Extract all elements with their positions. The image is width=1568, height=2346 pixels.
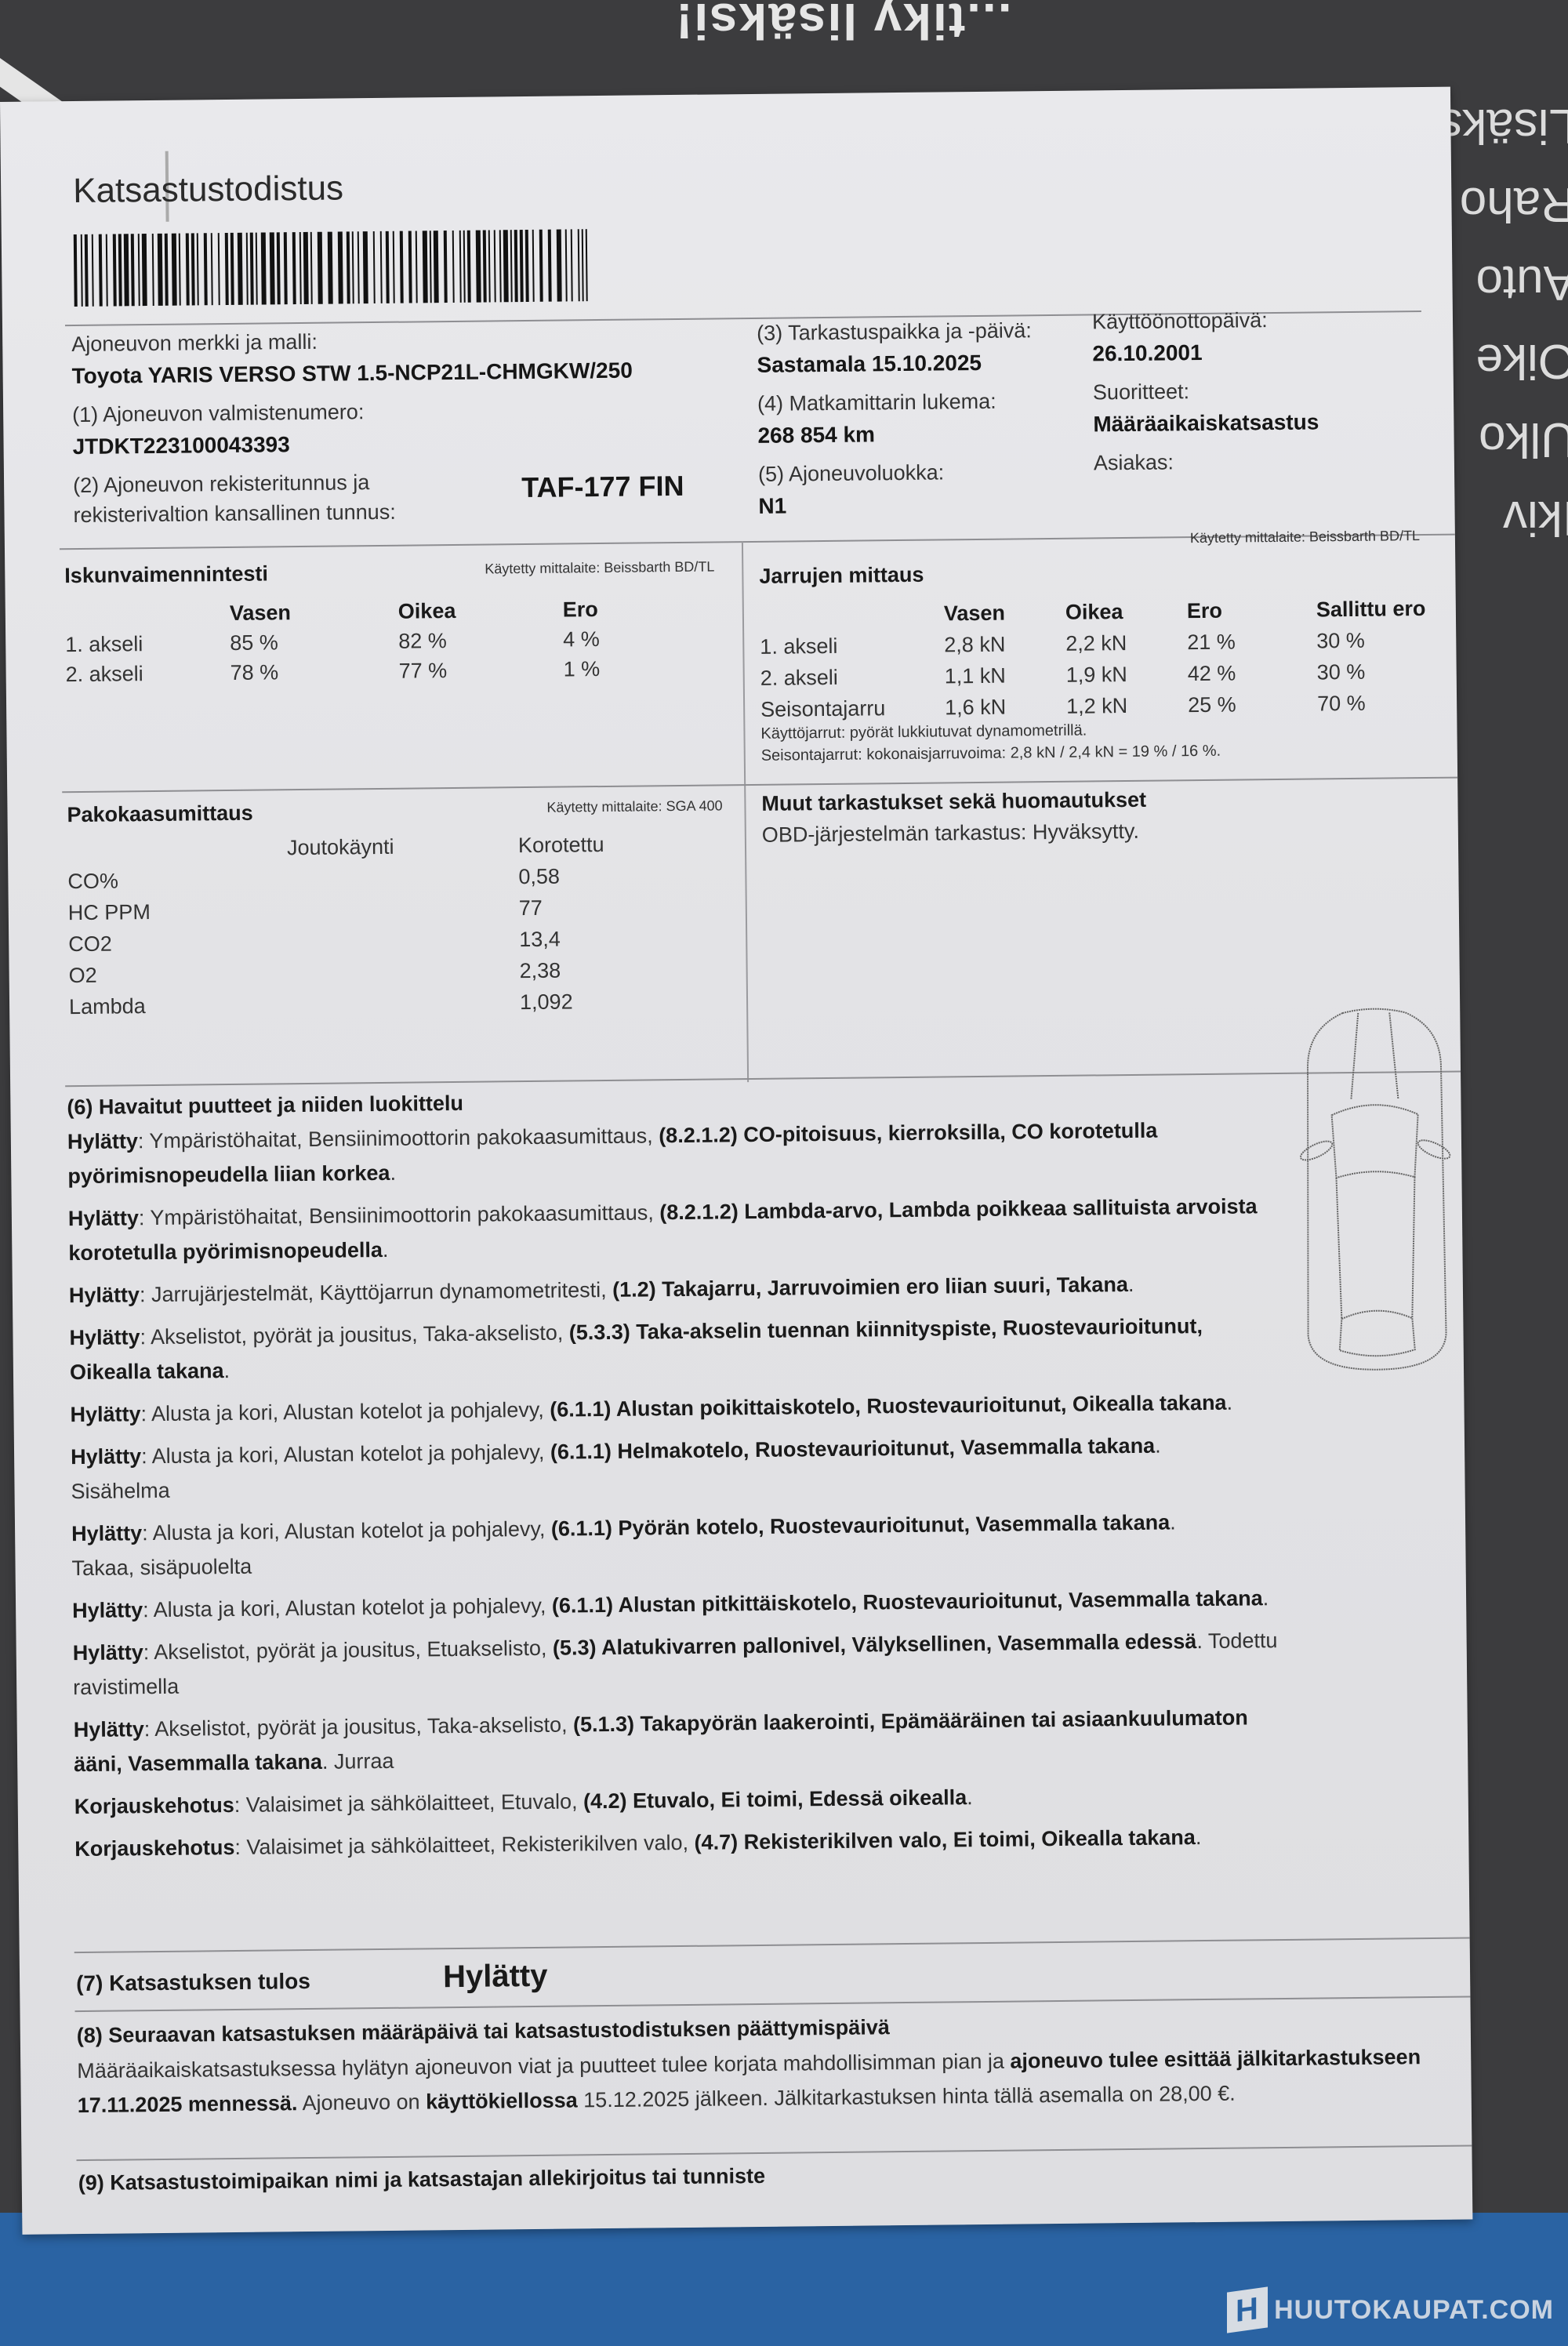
- background-word: Auto: [1443, 243, 1568, 321]
- defect-description: (6.1.1) Helmakotelo, Ruostevaurioitunut,…: [550, 1434, 1156, 1464]
- defect-item: Hylätty: Alusta ja kori, Alustan kotelot…: [71, 1504, 1279, 1585]
- table-cell: 30 %: [1316, 629, 1365, 654]
- barcode-bar: [578, 229, 580, 301]
- barcode-bar: [586, 229, 588, 301]
- next-inspection-text: Määräaikaiskatsastuksessa hylätyn ajoneu…: [77, 2039, 1489, 2123]
- defect-item: Hylätty: Ympäristöhaitat, Bensiinimootto…: [68, 1189, 1276, 1270]
- first-use-label: Käyttöönottopäivä:: [1092, 308, 1268, 334]
- defect-description: (6.1.1) Alustan poikittaiskotelo, Ruoste…: [550, 1391, 1226, 1422]
- barcode: [74, 228, 662, 307]
- table-cell: 77: [519, 896, 543, 921]
- barcode-bar: [499, 230, 502, 302]
- barcode-bar: [131, 234, 135, 306]
- place-date-value: Sastamala 15.10.2025: [757, 350, 982, 378]
- barcode-bar: [459, 231, 462, 303]
- defect-classification: Hylätty: [70, 1402, 140, 1426]
- table-cell: Seisontajarru: [760, 696, 885, 722]
- barcode-bar: [142, 234, 147, 306]
- brake-test-table: [0, 87, 1450, 102]
- barcode-bar: [197, 233, 199, 305]
- barcode-bar: [373, 231, 376, 303]
- defect-category: : Valaisimet ja sähkölaitteet, Rekisteri…: [234, 1831, 695, 1859]
- vin-label: (1) Ajoneuvon valmistenumero:: [72, 400, 364, 427]
- make-model-value: Toyota YARIS VERSO STW 1.5-NCP21L-CHMGKW…: [72, 358, 633, 389]
- column-divider: [742, 541, 749, 1082]
- barcode-bar: [303, 232, 309, 304]
- barcode-bar: [152, 234, 154, 306]
- barcode-bar: [246, 233, 249, 305]
- defect-note: Takaa, sisäpuolelta: [71, 1538, 1279, 1585]
- barcode-bar: [165, 234, 169, 306]
- barcode-bar: [138, 234, 140, 306]
- barcode-bar: [393, 231, 395, 303]
- barcode-bar: [503, 230, 509, 302]
- barcode-bar: [328, 232, 333, 304]
- divider: [74, 1996, 1470, 2012]
- table-header: Vasen: [230, 601, 291, 626]
- table-cell: 1 %: [563, 657, 600, 681]
- defect-category: : Alusta ja kori, Alustan kotelot ja poh…: [142, 1517, 551, 1545]
- exhaust-test-title: Pakokaasumittaus: [67, 801, 252, 827]
- barcode-bar: [270, 232, 275, 304]
- barcode-bar: [400, 231, 404, 303]
- barcode-bar: [238, 233, 243, 305]
- defect-classification: Hylätty: [74, 1717, 144, 1741]
- barcode-bar: [525, 230, 529, 302]
- background-word: Raho: [1443, 165, 1568, 243]
- next-inspection-title: (8) Seuraavan katsastuksen määräpäivä ta…: [77, 2015, 890, 2048]
- vehicle-class-value: N1: [758, 494, 786, 519]
- divider: [76, 2144, 1472, 2161]
- defect-item: Korjauskehotus: Valaisimet ja sähkölaitt…: [74, 1777, 1282, 1824]
- exhaust-test-device: Käytetty mittalaite: SGA 400: [546, 797, 722, 815]
- table-cell: 1. akseli: [65, 632, 143, 657]
- table-cell: 4 %: [563, 627, 600, 652]
- brake-note-2: Seisontajarrut: kokonaisjarruvoima: 2,8 …: [761, 743, 1221, 765]
- table-header: Oikea: [398, 599, 456, 624]
- defect-classification: Korjauskehotus: [74, 1793, 234, 1818]
- brake-test-title: Jarrujen mittaus: [759, 563, 924, 589]
- defect-classification: Hylätty: [71, 1521, 142, 1545]
- usage-ban: käyttökiellossa: [426, 2088, 578, 2113]
- barcode-bar: [204, 233, 208, 305]
- defect-item: Hylätty: Akselistot, pyörät ja jousitus,…: [69, 1308, 1277, 1389]
- defects-title: (6) Havaitut puutteet ja niiden luokitte…: [67, 1091, 463, 1120]
- barcode-bar: [557, 230, 562, 302]
- barcode-bar: [74, 234, 78, 307]
- defect-description: (1.2) Takajarru, Jarruvoimien ero liian …: [612, 1273, 1128, 1302]
- defect-category: : Alusta ja kori, Alustan kotelot ja poh…: [140, 1398, 550, 1425]
- defect-category: : Valaisimet ja sähkölaitteet, Etuvalo,: [234, 1789, 584, 1817]
- barcode-bar: [261, 232, 267, 304]
- odometer-label: (4) Matkamittarin lukema:: [757, 390, 996, 416]
- table-header: Ero: [1187, 599, 1222, 623]
- place-date-label: (3) Tarkastuspaikka ja -päivä:: [757, 318, 1032, 346]
- defect-item: Hylätty: Alusta ja kori, Alustan kotelot…: [72, 1581, 1279, 1628]
- barcode-bar: [444, 231, 448, 303]
- barcode-bar: [256, 233, 258, 305]
- table-cell: 2. akseli: [65, 662, 143, 687]
- table-cell: 1,1 kN: [945, 664, 1006, 689]
- barcode-bar: [250, 233, 254, 305]
- barcode-bar: [434, 231, 439, 303]
- barcode-bar: [99, 234, 103, 307]
- cube-h-logo-icon: H: [1227, 2286, 1268, 2333]
- table-cell: CO2: [68, 932, 112, 957]
- table-header: Sallittu ero: [1316, 597, 1426, 622]
- table-cell: 1. akseli: [760, 634, 837, 659]
- defect-classification: Hylätty: [71, 1444, 141, 1469]
- table-cell: O2: [69, 964, 97, 988]
- background-word: Ulko: [1443, 400, 1568, 478]
- next-inspection-text-1: Määräaikaiskatsastuksessa hylätyn ajoneu…: [77, 2050, 1010, 2083]
- barcode-bar: [352, 231, 354, 303]
- defect-note: Jurraa: [328, 1749, 394, 1774]
- background-word: Ikiv: [1443, 478, 1568, 557]
- defect-category: : Ympäristöhaitat, Bensiinimoottorin pak…: [139, 1200, 660, 1229]
- defect-classification: Hylätty: [72, 1598, 143, 1622]
- defect-category: : Jarrujärjestelmät, Käyttöjarrun dynamo…: [140, 1278, 612, 1306]
- table-cell: CO%: [67, 869, 118, 894]
- reg-label-2: rekisterivaltion kansallinen tunnus:: [73, 500, 396, 528]
- barcode-bar: [292, 232, 296, 304]
- defect-category: : Ympäristöhaitat, Bensiinimoottorin pak…: [138, 1124, 659, 1153]
- barcode-bar: [539, 230, 543, 302]
- background-word: Oike: [1443, 321, 1568, 400]
- table-cell: 2. akseli: [760, 666, 838, 691]
- defect-category: : Akselistot, pyörät ja jousitus, Etuaks…: [143, 1636, 554, 1664]
- table-cell: 21 %: [1187, 630, 1236, 655]
- brake-test-device: Käytetty mittalaite: Beissbarth BD/TL: [1190, 528, 1420, 547]
- defect-item: Hylätty: Jarrujärjestelmät, Käyttöjarrun…: [69, 1266, 1276, 1313]
- barcode-bar: [430, 231, 432, 303]
- table-cell: 85 %: [230, 630, 278, 655]
- registration-number: TAF-177 FIN: [521, 470, 684, 504]
- exhaust-test-table: [0, 87, 1450, 102]
- barcode-bar: [85, 234, 89, 307]
- barcode-bar: [488, 230, 491, 302]
- barcode-bar: [408, 231, 412, 303]
- barcode-bar: [510, 230, 513, 302]
- defect-category: : Alusta ja kori, Alustan kotelot ja poh…: [143, 1594, 552, 1621]
- table-cell: 13,4: [519, 928, 561, 953]
- barcode-bar: [318, 232, 323, 304]
- barcode-bar: [172, 234, 177, 306]
- brake-note-1: Käyttöjarrut: pyörät lukkiutuvat dynamom…: [760, 722, 1087, 743]
- table-cell: Lambda: [69, 994, 146, 1019]
- watermark-logo: H HUUTOKAUPAT.COM: [1227, 2290, 1554, 2330]
- defect-item: Hylätty: Alusta ja kori, Alustan kotelot…: [71, 1427, 1279, 1509]
- table-cell: HC PPM: [68, 900, 151, 925]
- customer-label: Asiakas:: [1094, 450, 1174, 475]
- barcode-bar: [299, 232, 302, 304]
- performed-value: Määräaikaiskatsastus: [1093, 409, 1319, 437]
- barcode-bar: [179, 234, 181, 306]
- defect-item: Hylätty: Akselistot, pyörät ja jousitus,…: [72, 1623, 1280, 1705]
- barcode-bar: [191, 233, 195, 305]
- defect-description: (4.2) Etuvalo, Ei toimi, Edessä oikealla: [583, 1785, 967, 1813]
- table-cell: 30 %: [1317, 660, 1366, 685]
- barcode-bar: [494, 230, 496, 302]
- table-cell: 1,9 kN: [1066, 663, 1127, 688]
- table-header: Korotettu: [518, 833, 604, 858]
- barcode-bar: [158, 234, 163, 306]
- other-checks-text: OBD-järjestelmän tarkastus: Hyväksytty.: [762, 819, 1139, 848]
- defect-description: (6.1.1) Pyörän kotelo, Ruostevaurioitunu…: [551, 1510, 1171, 1540]
- table-cell: 2,38: [519, 959, 561, 984]
- barcode-bar: [483, 231, 487, 303]
- table-header: Joutokäynti: [287, 835, 394, 860]
- barcode-bar: [416, 231, 418, 303]
- background-side-words: Lisäks Raho Auto Oike Ulko Ikiv: [1443, 86, 1568, 557]
- barcode-bar: [358, 231, 360, 303]
- defect-classification: Korjauskehotus: [74, 1836, 234, 1861]
- signature-title: (9) Katsastustoimipaikan nimi ja katsast…: [78, 2164, 766, 2195]
- defect-classification: Hylätty: [67, 1129, 138, 1153]
- table-cell: 70 %: [1317, 692, 1366, 717]
- barcode-bar: [386, 231, 390, 303]
- barcode-bar: [310, 232, 313, 304]
- table-cell: 82 %: [398, 629, 447, 654]
- vehicle-class-label: (5) Ajoneuvoluokka:: [758, 460, 944, 486]
- barcode-bar: [277, 232, 281, 304]
- barcode-bar: [113, 234, 117, 306]
- table-cell: 77 %: [398, 659, 447, 684]
- barcode-bar: [338, 231, 343, 303]
- barcode-bar: [380, 231, 383, 303]
- barcode-bar: [186, 233, 190, 305]
- defect-classification: Hylätty: [73, 1640, 143, 1665]
- first-use-value: 26.10.2001: [1092, 340, 1202, 366]
- table-header: Ero: [563, 597, 598, 622]
- divider: [74, 1937, 1470, 1953]
- defect-category: : Alusta ja kori, Alustan kotelot ja poh…: [141, 1440, 550, 1468]
- car-topview-diagram-icon: [1295, 1004, 1456, 1375]
- defect-description: (4.7) Rekisterikilven valo, Ei toimi, Oi…: [694, 1825, 1196, 1854]
- watermark-text: HUUTOKAUPAT.COM: [1274, 2295, 1554, 2326]
- barcode-bar: [124, 234, 129, 306]
- shock-test-table: [0, 87, 1450, 102]
- defect-description: (5.3) Alatukivarren pallonivel, Välyksel…: [553, 1629, 1197, 1660]
- divider: [62, 777, 1457, 793]
- defect-classification: Hylätty: [68, 1206, 139, 1230]
- barcode-bar: [225, 233, 229, 305]
- table-cell: 2,2 kN: [1065, 631, 1127, 656]
- barcode-bar: [548, 230, 552, 302]
- defect-note: Sisähelma: [71, 1462, 1278, 1509]
- barcode-bar: [284, 232, 288, 304]
- background-word: Lisäks: [1443, 86, 1568, 165]
- barcode-bar: [582, 229, 584, 301]
- table-cell: 1,092: [520, 990, 573, 1015]
- barcode-bar: [520, 230, 524, 302]
- divider: [65, 1071, 1461, 1088]
- defect-category: : Akselistot, pyörät ja jousitus, Taka-a…: [144, 1712, 574, 1741]
- table-cell: 1,2 kN: [1066, 694, 1127, 719]
- result-label: (7) Katsastuksen tulos: [76, 1969, 310, 1996]
- table-header: Vasen: [944, 601, 1005, 626]
- table-cell: 42 %: [1188, 662, 1236, 687]
- barcode-bar: [118, 234, 122, 306]
- vin-value: JTDKT223100043393: [72, 432, 289, 459]
- barcode-bar: [92, 234, 94, 307]
- table-cell: 2,8 kN: [944, 633, 1005, 658]
- shock-test-title: Iskunvaimennintesti: [64, 561, 268, 588]
- barcode-bar: [363, 231, 368, 303]
- result-value: Hylätty: [443, 1959, 548, 1995]
- defect-classification: Hylätty: [69, 1325, 140, 1349]
- barcode-bar: [476, 231, 481, 303]
- odometer-value: 268 854 km: [757, 422, 875, 448]
- barcode-bar: [218, 233, 220, 305]
- defect-item: Hylätty: Akselistot, pyörät ja jousitus,…: [74, 1700, 1282, 1781]
- reg-label-1: (2) Ajoneuvon rekisteritunnus ja: [73, 470, 370, 498]
- other-checks-title: Muut tarkastukset sekä huomautukset: [761, 788, 1146, 816]
- barcode-bar: [467, 231, 471, 303]
- defect-description: (6.1.1) Alustan pitkittäiskotelo, Ruoste…: [552, 1586, 1263, 1617]
- barcode-bar: [532, 230, 535, 302]
- document-title: Katsastustodistus: [73, 169, 343, 211]
- table-header: Oikea: [1065, 600, 1123, 625]
- table-cell: 25 %: [1188, 693, 1236, 718]
- table-cell: 1,6 kN: [945, 695, 1006, 721]
- defect-category: : Akselistot, pyörät ja jousitus, Taka-a…: [140, 1320, 569, 1349]
- barcode-bar: [106, 234, 108, 307]
- barcode-bar: [571, 229, 573, 301]
- next-inspection-text-3: 15.12.2025 jälkeen. Jälkitarkastuksen hi…: [578, 2082, 1236, 2112]
- background-slogan: ...tiky lisäksi!: [674, 0, 1011, 50]
- shock-test-device: Käytetty mittalaite: Beissbarth BD/TL: [485, 558, 714, 577]
- defects-list: Hylätty: Ympäristöhaitat, Bensiinimootto…: [67, 1112, 1283, 1874]
- inspection-certificate: Katsastustodistus Ajoneuvon merkki ja ma…: [0, 87, 1472, 2235]
- table-cell: 0,58: [518, 865, 560, 890]
- performed-label: Suoritteet:: [1093, 379, 1189, 405]
- barcode-bar: [347, 231, 350, 303]
- defect-item: Hylätty: Alusta ja kori, Alustan kotelot…: [70, 1385, 1277, 1432]
- next-inspection-text-2: Ajoneuvo on: [297, 2090, 426, 2115]
- make-model-label: Ajoneuvon merkki ja malli:: [71, 330, 318, 357]
- barcode-bar: [452, 231, 455, 303]
- defect-item: Hylätty: Ympäristöhaitat, Bensiinimootto…: [67, 1112, 1276, 1193]
- barcode-bar: [514, 230, 518, 302]
- defect-classification: Hylätty: [69, 1283, 140, 1307]
- barcode-bar: [81, 234, 83, 307]
- defect-item: Korjauskehotus: Valaisimet ja sähkölaitt…: [74, 1819, 1282, 1866]
- barcode-bar: [565, 229, 568, 301]
- barcode-bar: [230, 233, 234, 305]
- barcode-bar: [463, 231, 466, 303]
- table-cell: 78 %: [230, 660, 278, 685]
- barcode-bar: [211, 233, 213, 305]
- barcode-bar: [423, 231, 428, 303]
